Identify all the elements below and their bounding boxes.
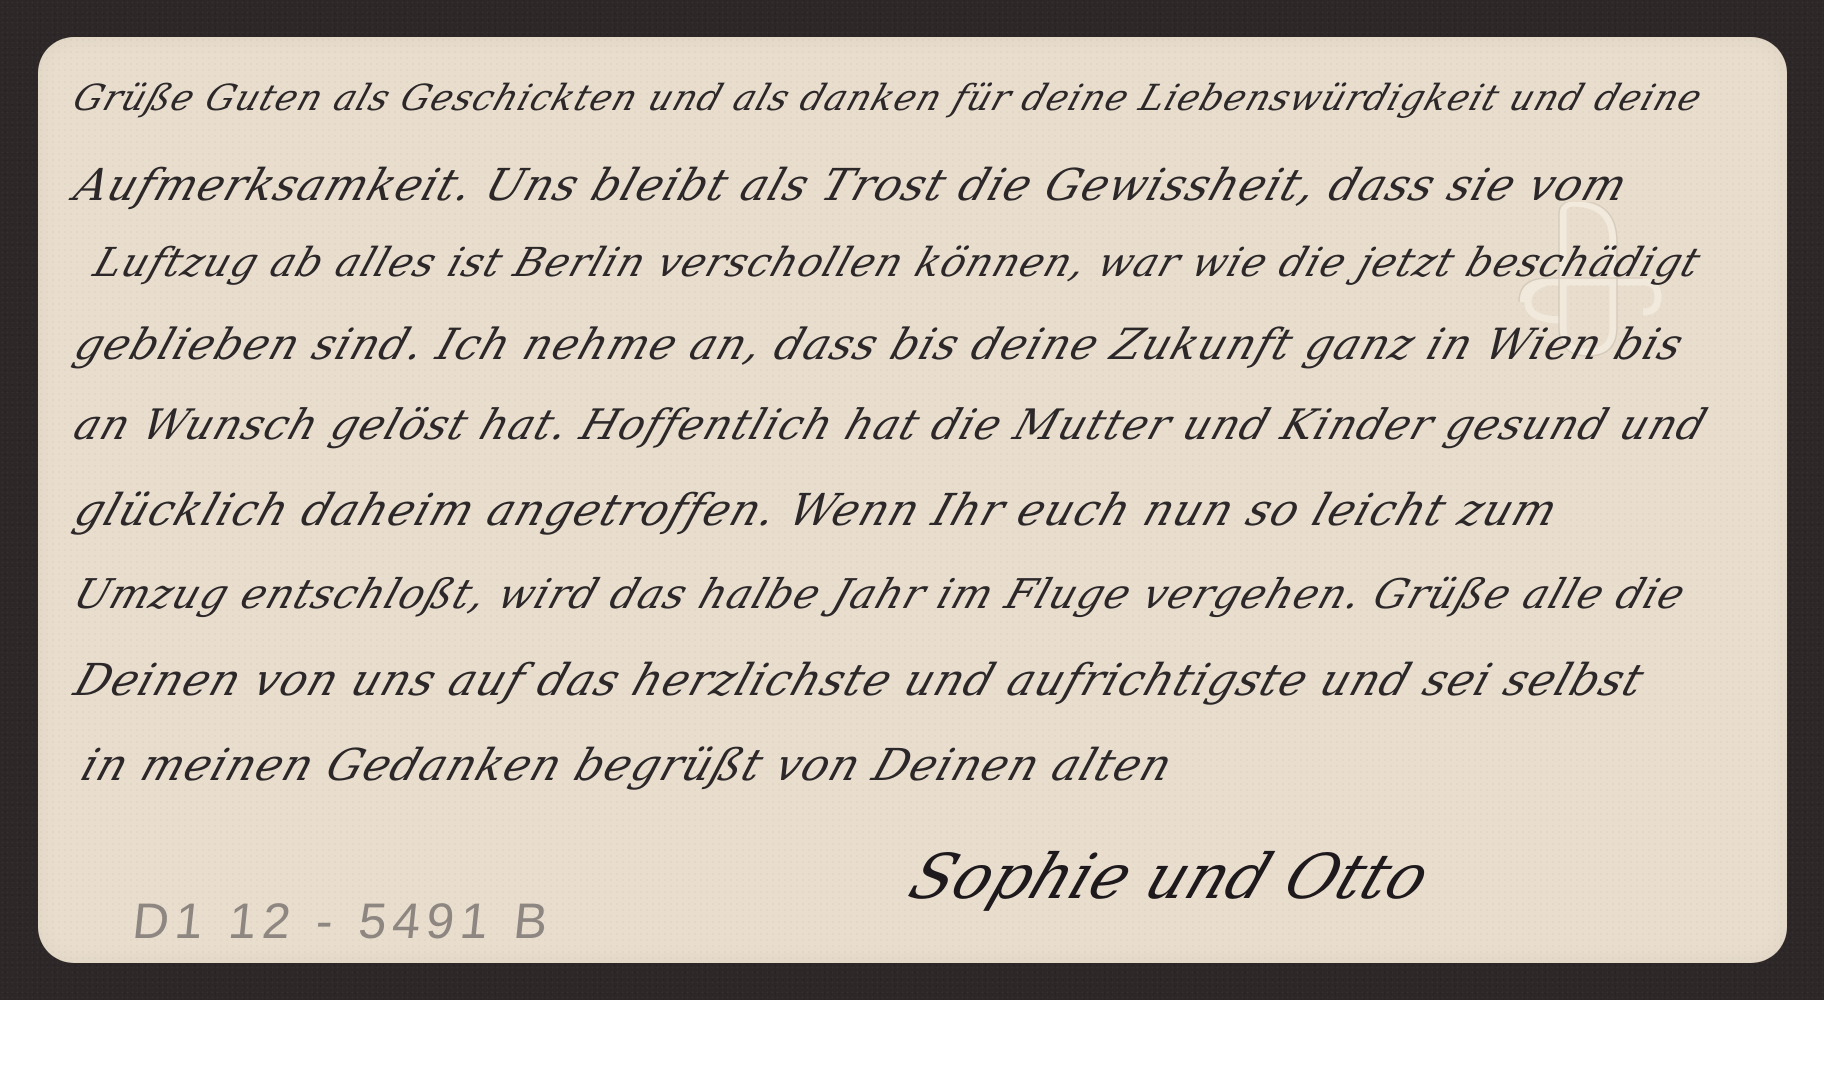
card-text-line-9: in meinen Gedanken begrüßt von Deinen al…	[75, 740, 1179, 791]
card-text-line-6: glücklich daheim angetroffen. Wenn Ihr e…	[68, 485, 1565, 536]
card-text-line-8: Deinen von uns auf das herzlichste und a…	[68, 655, 1651, 706]
card-text-line-4: geblieben sind. Ich nehme an, dass bis d…	[68, 320, 1690, 370]
card-text-line-1: Grüße Guten als Geschickten und als dank…	[68, 78, 1708, 119]
card-text-line-3: Luftzug ab alles ist Berlin verschollen …	[88, 240, 1707, 286]
card-text-line-2: Aufmerksamkeit. Uns bleibt als Trost die…	[68, 160, 1634, 211]
card-text-line-7: Umzug entschloßt, wird das halbe Jahr im…	[68, 570, 1692, 618]
card-text-line-5: an Wunsch gelöst hat. Hoffentlich hat di…	[68, 400, 1714, 449]
signature: Sophie und Otto	[900, 840, 1439, 913]
archive-number: D1 12 - 5491 B	[130, 892, 556, 950]
